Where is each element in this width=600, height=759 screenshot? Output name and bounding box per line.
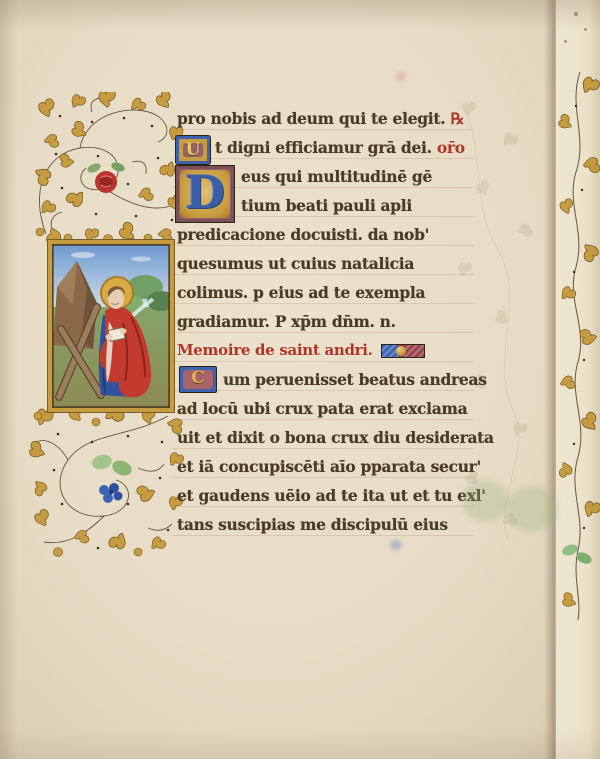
text-line: t digni efficiamur grā dei. or̄o <box>177 133 477 162</box>
rose-flower <box>86 161 126 193</box>
columbine-flower <box>91 453 134 503</box>
illuminated-initial-u: U <box>176 136 210 164</box>
oratio-abbreviation: or̄o <box>437 138 465 157</box>
text-line: quesumus ut cuius natalicia <box>177 249 477 278</box>
line-text: et iā concupiscēti aīo pparata secur' <box>177 457 481 476</box>
response-symbol: ℞ <box>450 109 464 128</box>
text-line: pro nobis ad deum qui te elegit. ℞ <box>177 104 477 133</box>
initial-letter: D <box>185 165 225 219</box>
text-line: colimus. p eius ad te exempla <box>177 278 477 307</box>
line-text: et gaudens uēio ad te ita ut et tu exl' <box>177 486 486 505</box>
rubric-text: Memoire de saint andri. <box>177 341 373 359</box>
line-text: pro nobis ad deum qui te elegit. <box>177 109 445 128</box>
line-text: uit et dixit o bona crux diu desiderata <box>177 428 494 447</box>
line-text: tans suscipias me discipulū eius <box>177 515 448 534</box>
hand <box>120 328 127 334</box>
line-text: ad locū ubi crux pata erat exclama <box>177 399 467 418</box>
parchment-stain <box>390 540 402 550</box>
text-line: tans suscipias me discipulū eius <box>177 510 477 539</box>
rubric-line: Memoire de saint andri. <box>177 336 477 365</box>
line-text: t digni efficiamur grā dei. <box>215 138 432 157</box>
vine-border-top <box>32 92 184 244</box>
ink-speck <box>584 28 587 31</box>
text-line: et iā concupiscēti aīo pparata secur' <box>177 452 477 481</box>
parchment-stain <box>396 72 406 81</box>
manuscript-page: pro nobis ad deum qui te elegit. ℞ t dig… <box>0 0 600 759</box>
ink-speck <box>574 12 578 16</box>
line-text: um peruenisset beatus andreas <box>223 370 487 389</box>
ink-speck <box>564 40 567 43</box>
illuminated-initial-d: D <box>175 165 235 223</box>
line-text: eus qui multitudinē gē <box>241 167 432 186</box>
vine-border-facing-page <box>556 72 600 622</box>
line-text: predicacione docuisti. da nob' <box>177 225 429 244</box>
hand <box>106 334 113 340</box>
initial-letter: U <box>186 140 201 160</box>
line-filler-ornament <box>381 344 425 358</box>
adjacent-page-edge <box>556 0 600 759</box>
illuminated-initial-c: C <box>179 366 217 393</box>
line-text: tium beati pauli apli <box>241 196 412 215</box>
miniature-saint-andrew <box>52 244 170 408</box>
green-leaves <box>561 543 594 566</box>
vine-border-bottom <box>28 408 184 558</box>
line-text: quesumus ut cuius natalicia <box>177 254 414 273</box>
text-line: uit et dixit o bona crux diu desiderata <box>177 423 477 452</box>
text-line: et gaudens uēio ad te ita ut et tu exl' <box>177 481 477 510</box>
text-line: um peruenisset beatus andreas <box>177 365 477 394</box>
line-text: colimus. p eius ad te exempla <box>177 283 425 302</box>
text-line: ad locū ubi crux pata erat exclama <box>177 394 477 423</box>
text-line: gradiamur. P xp̄m dn̄m. n. <box>177 307 477 336</box>
initial-letter: C <box>191 368 205 388</box>
line-text: gradiamur. P xp̄m dn̄m. n. <box>177 312 396 331</box>
text-line: predicacione docuisti. da nob' <box>177 220 477 249</box>
